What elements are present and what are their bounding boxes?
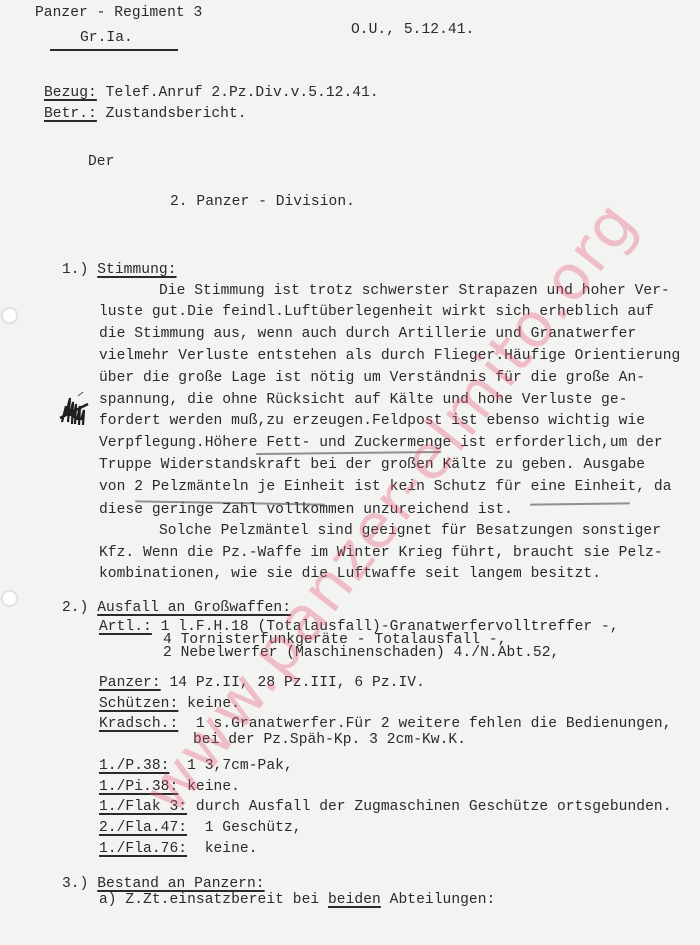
item-text: keine. xyxy=(178,779,240,795)
item-label: 1./Fla.76: xyxy=(99,841,187,857)
section2-number: 2.) xyxy=(62,600,88,616)
section2-item: 1./Fla.76: keine. xyxy=(99,841,258,857)
section1-line: Die Stimmung ist trotz schwerster Strapa… xyxy=(159,283,670,299)
section1-heading: 1.) Stimmung: xyxy=(62,262,177,278)
item-label: Artl.: xyxy=(99,619,152,635)
recipient-line2: 2. Panzer - Division. xyxy=(170,194,355,210)
item-text: 1 Geschütz, xyxy=(187,820,302,836)
item-text: 1 3,7cm-Pak, xyxy=(169,758,292,774)
section3-line-a: a) Z.Zt.einsatzbereit bei beiden Abteilu… xyxy=(99,892,495,908)
section3-title: Bestand an Panzern: xyxy=(97,876,264,892)
item-text: keine. xyxy=(178,696,240,712)
subject-line: Betr.: Zustandsbericht. xyxy=(44,106,247,122)
section1-line: spannung, die ohne Rücksicht auf Kälte u… xyxy=(99,392,627,408)
item-text: durch Ausfall der Zugmaschinen Geschütze… xyxy=(187,799,671,815)
line-a-prefix: a) Z.Zt.einsatzbereit bei xyxy=(99,892,328,908)
section2-heading: 2.) Ausfall an Großwaffen: xyxy=(62,600,291,616)
section3-heading: 3.) Bestand an Panzern: xyxy=(62,876,265,892)
section2-item: 1./P.38: 1 3,7cm-Pak, xyxy=(99,758,293,774)
section1-number: 1.) xyxy=(62,262,88,278)
betr-text: Zustandsbericht. xyxy=(97,106,247,122)
section2-title: Ausfall an Großwaffen: xyxy=(97,600,291,616)
item-text: 1 s.Granatwerfer.Für 2 weitere fehlen di… xyxy=(178,716,671,732)
item-label: Panzer: xyxy=(99,675,161,691)
handwritten-underline-fett xyxy=(256,451,441,455)
sender-underline xyxy=(50,49,178,51)
punch-hole-top xyxy=(1,307,18,324)
section1-line: Solche Pelzmäntel sind geeignet für Besa… xyxy=(159,523,661,539)
item-label: 1./P.38: xyxy=(99,758,169,774)
section1-line: kombinationen, wie sie die Luftwaffe sei… xyxy=(99,566,601,582)
item-label: 2./Fla.47: xyxy=(99,820,187,836)
recipient-line1: Der xyxy=(88,154,114,170)
section2-item: 1./Pi.38: keine. xyxy=(99,779,240,795)
section1-line: vielmehr Verluste entstehen als durch Fl… xyxy=(99,348,680,364)
handwritten-initials-icon xyxy=(58,392,90,428)
section1-line: fordert werden muß,zu erzeugen.Feldpost … xyxy=(99,413,645,429)
handwritten-underline-einheit xyxy=(530,502,630,505)
sender-department: Gr.Ia. xyxy=(80,30,133,46)
item-label: Kradsch.: xyxy=(99,716,178,732)
item-label: 1./Pi.38: xyxy=(99,779,178,795)
sender-regiment: Panzer - Regiment 3 xyxy=(35,5,202,21)
section1-line: über die große Lage ist nötig um Verstän… xyxy=(99,370,645,386)
section2-item-continuation: 2 Nebelwerfer (Maschinenschaden) 4./N.Ab… xyxy=(163,645,559,661)
section1-line: die Stimmung aus, wenn auch durch Artill… xyxy=(99,326,636,342)
document-page: Panzer - Regiment 3 Gr.Ia. O.U., 5.12.41… xyxy=(0,0,700,945)
punch-hole-bottom xyxy=(1,590,18,607)
reference-line: Bezug: Telef.Anruf 2.Pz.Div.v.5.12.41. xyxy=(44,85,379,101)
section2-item-continuation: bei der Pz.Späh-Kp. 3 2cm-Kw.K. xyxy=(193,732,466,748)
section2-item: 1./Flak 3: durch Ausfall der Zugmaschine… xyxy=(99,799,672,815)
bezug-text: Telef.Anruf 2.Pz.Div.v.5.12.41. xyxy=(97,85,379,101)
section1-line: Verpflegung.Höhere Fett- und Zuckermenge… xyxy=(99,435,663,451)
item-label: Schützen: xyxy=(99,696,178,712)
section1-line: von 2 Pelzmänteln je Einheit ist kein Sc… xyxy=(99,479,672,495)
bezug-label: Bezug: xyxy=(44,85,97,101)
line-a-suffix: Abteilungen: xyxy=(381,892,496,908)
section2-item: Schützen: keine. xyxy=(99,696,240,712)
item-text: keine. xyxy=(187,841,257,857)
section1-title: Stimmung: xyxy=(97,262,176,278)
section1-line: Truppe Widerstandskraft bei der großen K… xyxy=(99,457,645,473)
section1-line: luste gut.Die feindl.Luftüberlegenheit w… xyxy=(99,304,654,320)
item-label: 1./Flak 3: xyxy=(99,799,187,815)
section3-number: 3.) xyxy=(62,876,88,892)
item-text: 14 Pz.II, 28 Pz.III, 6 Pz.IV. xyxy=(161,675,425,691)
line-a-underlined: beiden xyxy=(328,892,381,908)
section2-item: Kradsch.: 1 s.Granatwerfer.Für 2 weitere… xyxy=(99,716,672,732)
betr-label: Betr.: xyxy=(44,106,97,122)
place-date: O.U., 5.12.41. xyxy=(351,22,474,38)
section2-item: Panzer: 14 Pz.II, 28 Pz.III, 6 Pz.IV. xyxy=(99,675,425,691)
section2-item: 2./Fla.47: 1 Geschütz, xyxy=(99,820,302,836)
section1-line: Kfz. Wenn die Pz.-Waffe im Winter Krieg … xyxy=(99,545,663,561)
